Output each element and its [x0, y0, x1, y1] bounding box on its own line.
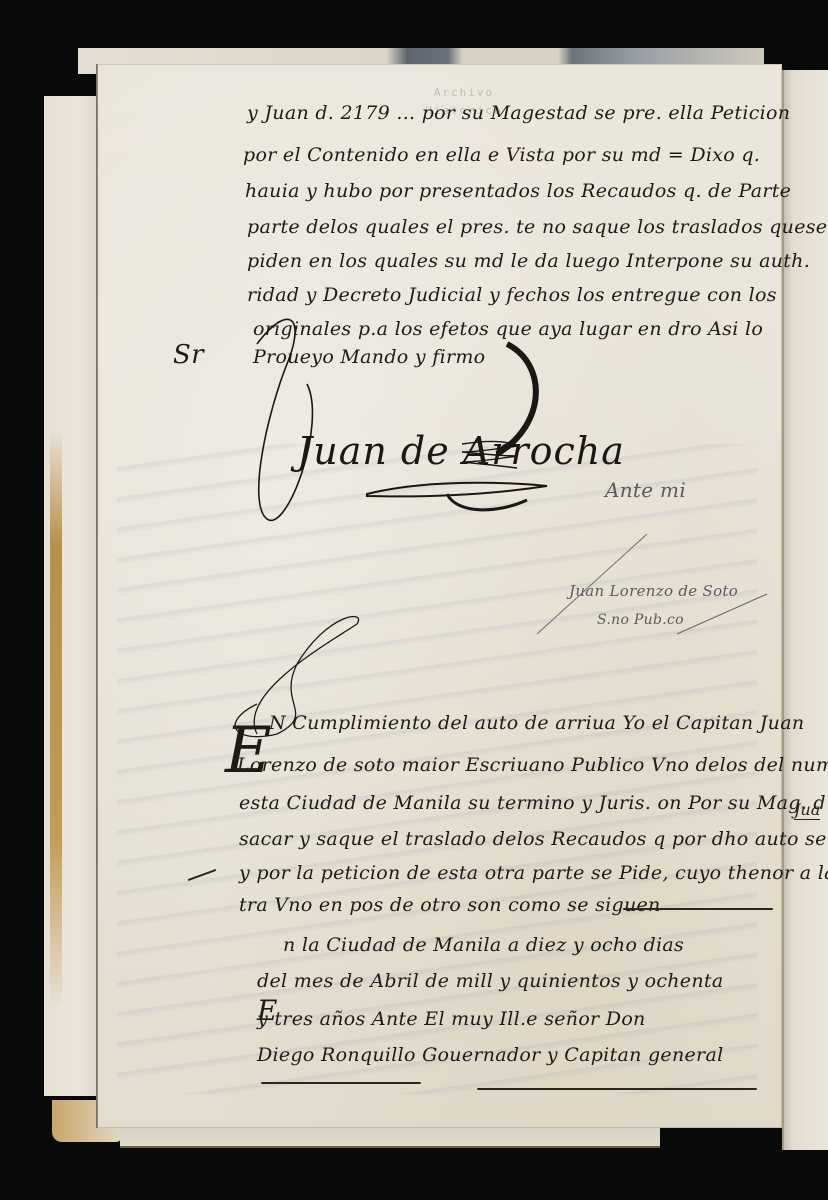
text-line: del mes de Abril de mill y quinientos y …	[257, 970, 723, 992]
line-filler-rule	[623, 908, 773, 910]
decorative-initial-e: E	[225, 714, 272, 788]
closing-rule-right	[477, 1088, 757, 1090]
text-line: Lorenzo de soto maior Escriuano Publico …	[237, 754, 828, 776]
signature-rubric-icon	[247, 304, 567, 534]
text-line: y Juan d. 2179 ... por su Magestad se pr…	[247, 102, 790, 124]
text-line: ridad y Decreto Judicial y fechos los en…	[247, 284, 777, 306]
margin-mark: Sr	[173, 340, 204, 370]
text-line: piden en los quales su md le da luego In…	[247, 250, 810, 272]
text-line: Diego Ronquillo Gouernador y Capitan gen…	[257, 1044, 723, 1066]
attest-heading: Ante mi	[605, 478, 686, 502]
notary-flourish-icon	[527, 524, 777, 644]
text-line: tra Vno en pos de otro son como se sigue…	[239, 894, 661, 916]
text-line: N Cumplimiento del auto de arriua Yo el …	[269, 712, 804, 734]
text-line: esta Ciudad de Manila su termino y Juris…	[239, 792, 828, 814]
page-edge	[97, 64, 98, 1128]
text-line: por el Contenido en ella e Vista por su …	[243, 144, 760, 166]
text-line: y por la peticion de esta otra parte se …	[239, 862, 828, 884]
text-line: y tres años Ante El muy Ill.e señor Don	[257, 1008, 646, 1030]
text-line: hauia y hubo por presentados los Recaudo…	[245, 180, 791, 202]
text-line: parte delos quales el pres. te no saque …	[247, 216, 827, 238]
water-stain	[50, 430, 62, 1010]
closing-rule-left	[261, 1082, 421, 1084]
text-line: n la Ciudad de Manila a diez y ocho dias	[283, 934, 684, 956]
back-leaf-bottom-edge	[120, 1126, 660, 1148]
manuscript-page: Archivo Historico y Juan d. 2179 ... por…	[96, 64, 782, 1128]
text-line: sacar y saque el traslado delos Recaudos…	[239, 828, 828, 850]
